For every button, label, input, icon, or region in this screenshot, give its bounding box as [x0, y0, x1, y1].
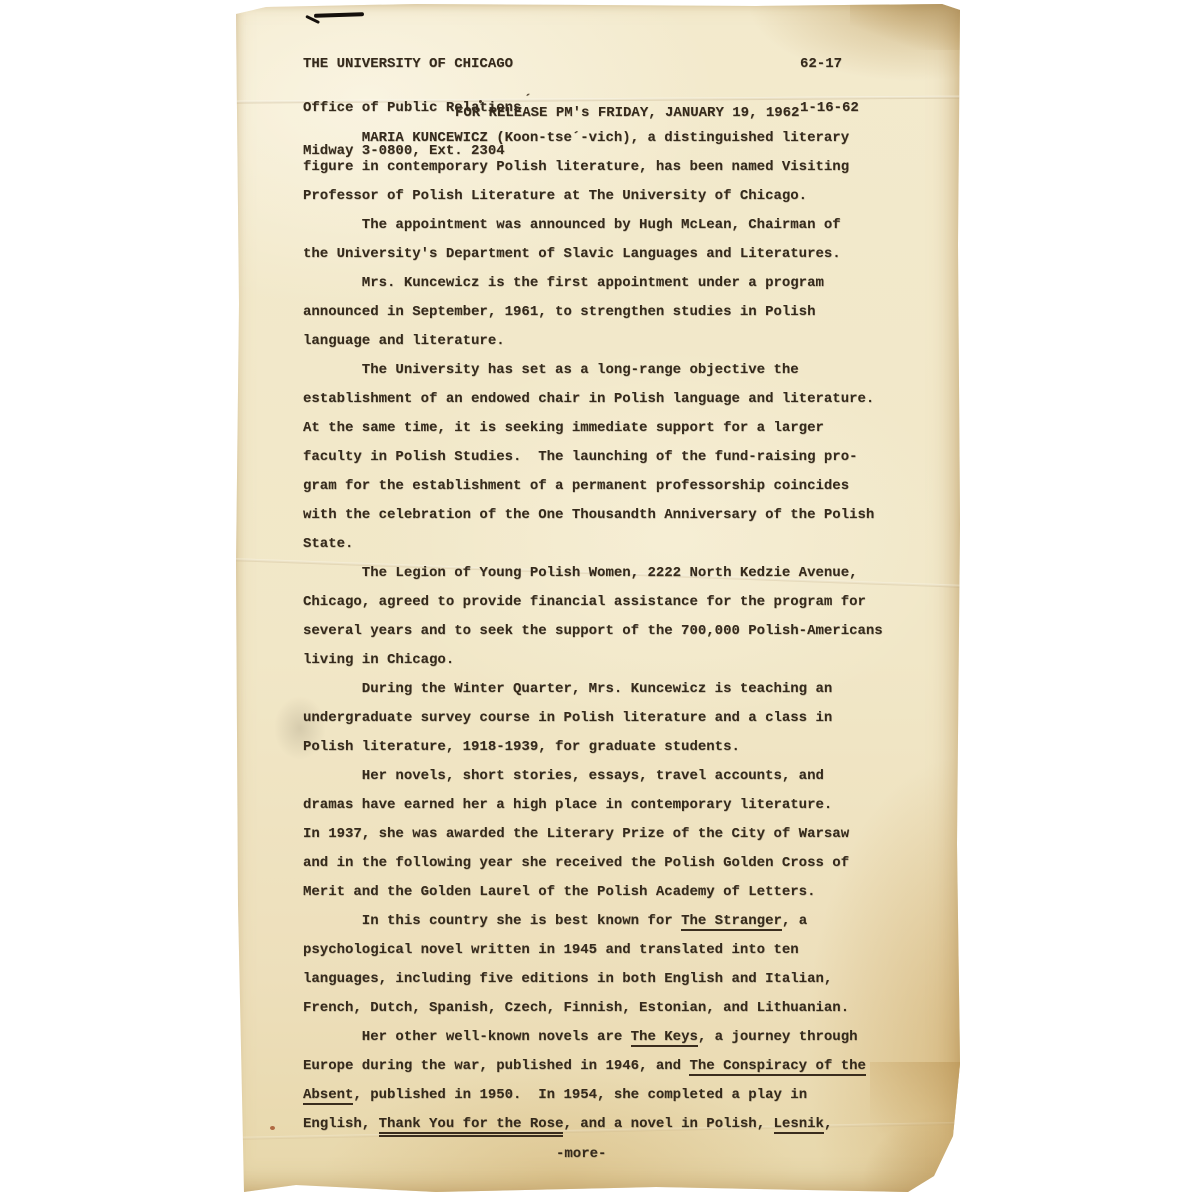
- body-line: and in the following year she received t…: [303, 849, 883, 878]
- body-line: MARIA KUNCEWICZ (Koon-tse´-vich), a dist…: [303, 124, 883, 153]
- paper-fold: [870, 1062, 960, 1192]
- staple-mark: [314, 12, 364, 18]
- body-line: In this country she is best known for Th…: [303, 907, 883, 936]
- paper-speck: [270, 1126, 275, 1130]
- body-line: living in Chicago.: [303, 646, 883, 675]
- body-line: French, Dutch, Spanish, Czech, Finnish, …: [303, 994, 883, 1023]
- body-line: The appointment was announced by Hugh Mc…: [303, 211, 883, 240]
- body-line: announced in September, 1961, to strengt…: [303, 298, 883, 327]
- body-line: Her novels, short stories, essays, trave…: [303, 762, 883, 791]
- body-line: The University has set as a long-range o…: [303, 356, 883, 385]
- body-line: with the celebration of the One Thousand…: [303, 501, 883, 530]
- body-line: The Legion of Young Polish Women, 2222 N…: [303, 559, 883, 588]
- body-line: At the same time, it is seeking immediat…: [303, 414, 883, 443]
- body-line: undergraduate survey course in Polish li…: [303, 704, 883, 733]
- body-line: several years and to seek the support of…: [303, 617, 883, 646]
- paper-fold: [850, 4, 960, 50]
- body-line: Europe during the war, published in 1946…: [303, 1052, 883, 1081]
- release-date: 1-16-62: [800, 101, 859, 116]
- body-line: psychological novel written in 1945 and …: [303, 936, 883, 965]
- body-line: language and literature.: [303, 327, 883, 356]
- more-indicator: -more-: [556, 1140, 606, 1169]
- body-line: Absent, published in 1950. In 1954, she …: [303, 1081, 883, 1110]
- release-number: 62-17: [800, 57, 859, 72]
- body-line: Merit and the Golden Laurel of the Polis…: [303, 878, 883, 907]
- body-line: Mrs. Kuncewicz is the first appointment …: [303, 269, 883, 298]
- body-line: Professor of Polish Literature at The Un…: [303, 182, 883, 211]
- body-line: In 1937, she was awarded the Literary Pr…: [303, 820, 883, 849]
- body-line: Polish literature, 1918-1939, for gradua…: [303, 733, 883, 762]
- letterhead-org: THE UNIVERSITY OF CHICAGO: [303, 57, 521, 72]
- body-line: dramas have earned her a high place in c…: [303, 791, 883, 820]
- body-line: Chicago, agreed to provide financial ass…: [303, 588, 883, 617]
- body-line: faculty in Polish Studies. The launching…: [303, 443, 883, 472]
- body-line: English, Thank You for the Rose, and a n…: [303, 1110, 883, 1139]
- body-line: State.: [303, 530, 883, 559]
- body-line: the University's Department of Slavic La…: [303, 240, 883, 269]
- document-body: MARIA KUNCEWICZ (Koon-tse´-vich), a dist…: [303, 124, 883, 1139]
- body-line: languages, including five editions in bo…: [303, 965, 883, 994]
- body-line: gram for the establishment of a permanen…: [303, 472, 883, 501]
- body-line: figure in contemporary Polish literature…: [303, 153, 883, 182]
- press-release-page: ´ THE UNIVERSITY OF CHICAGO Office of Pu…: [236, 4, 960, 1192]
- body-line: Her other well-known novels are The Keys…: [303, 1023, 883, 1052]
- body-line: establishment of an endowed chair in Pol…: [303, 385, 883, 414]
- body-line: During the Winter Quarter, Mrs. Kuncewic…: [303, 675, 883, 704]
